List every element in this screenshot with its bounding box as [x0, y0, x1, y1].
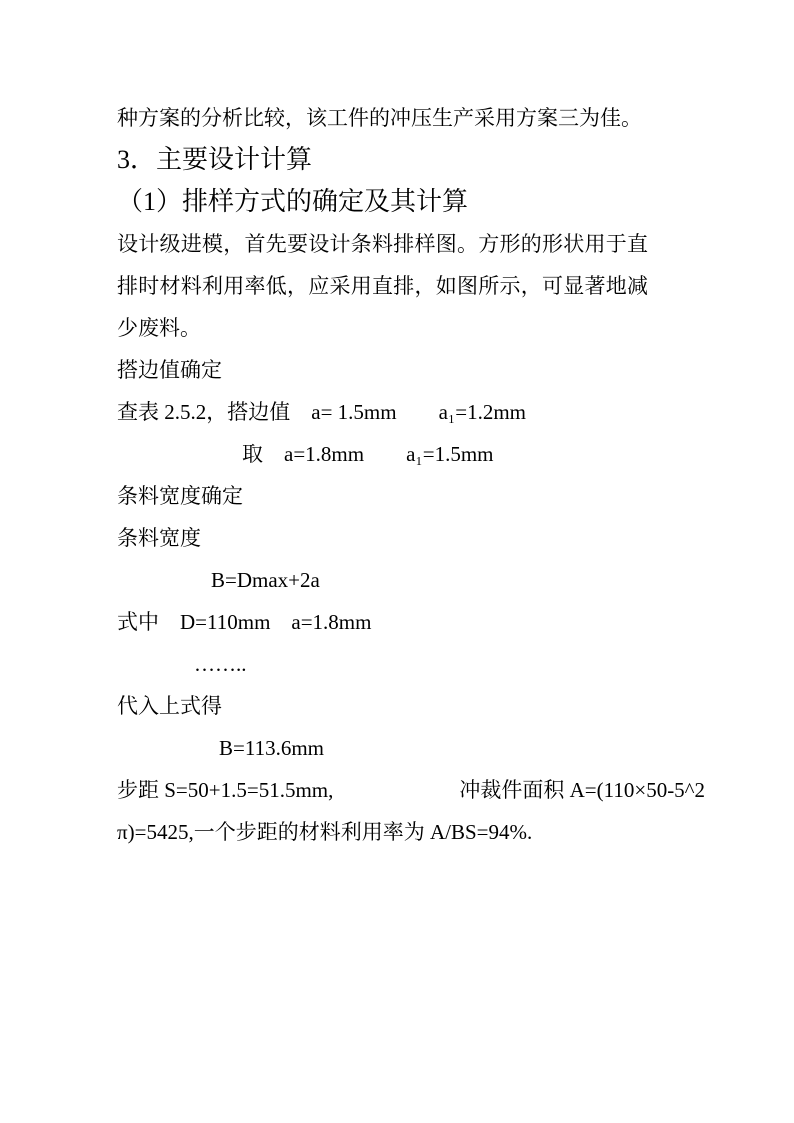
intro-text: 种方案的分析比较，该工件的冲压生产采用方案三为佳。 [117, 97, 677, 139]
ellipsis-text: …….. [117, 643, 677, 685]
strip-width-params: 式中 D=110mm a=1.8mm [117, 601, 677, 643]
step-area-line-2: π)=5425,一个步距的材料利用率为 A/BS=94%. [117, 811, 677, 853]
layout-paragraph-line-3: 少废料。 [117, 307, 677, 349]
layout-paragraph-line-1: 设计级进模，首先要设计条料排样图。方形的形状用于直 [117, 223, 648, 265]
document-page: 种方案的分析比较，该工件的冲压生产采用方案三为佳。 3．主要设计计算 （1）排样… [0, 0, 794, 1123]
subsection-heading: （1）排样方式的确定及其计算 [117, 181, 677, 223]
document-content: 种方案的分析比较，该工件的冲压生产采用方案三为佳。 3．主要设计计算 （1）排样… [117, 97, 677, 853]
strip-width-label: 条料宽度 [117, 517, 677, 559]
strip-width-result: B=113.6mm [117, 727, 677, 769]
step-area-line-1: 步距 S=50+1.5=51.5mm, 冲裁件面积 A=(110×50-5^2 [117, 769, 677, 811]
strip-width-formula: B=Dmax+2a [117, 559, 677, 601]
layout-paragraph-line-2: 排时材料利用率低，应采用直排，如图所示，可显著地减 [117, 265, 648, 307]
overlap-title: 搭边值确定 [117, 349, 677, 391]
overlap-lookup-values: 查表 2.5.2，搭边值 a= 1.5mm a₁=1.2mm [117, 391, 677, 433]
strip-width-title: 条料宽度确定 [117, 475, 677, 517]
section-heading: 3．主要设计计算 [117, 139, 677, 181]
substitute-label: 代入上式得 [117, 685, 677, 727]
overlap-taken-values: 取 a=1.8mm a₁=1.5mm [117, 433, 677, 475]
